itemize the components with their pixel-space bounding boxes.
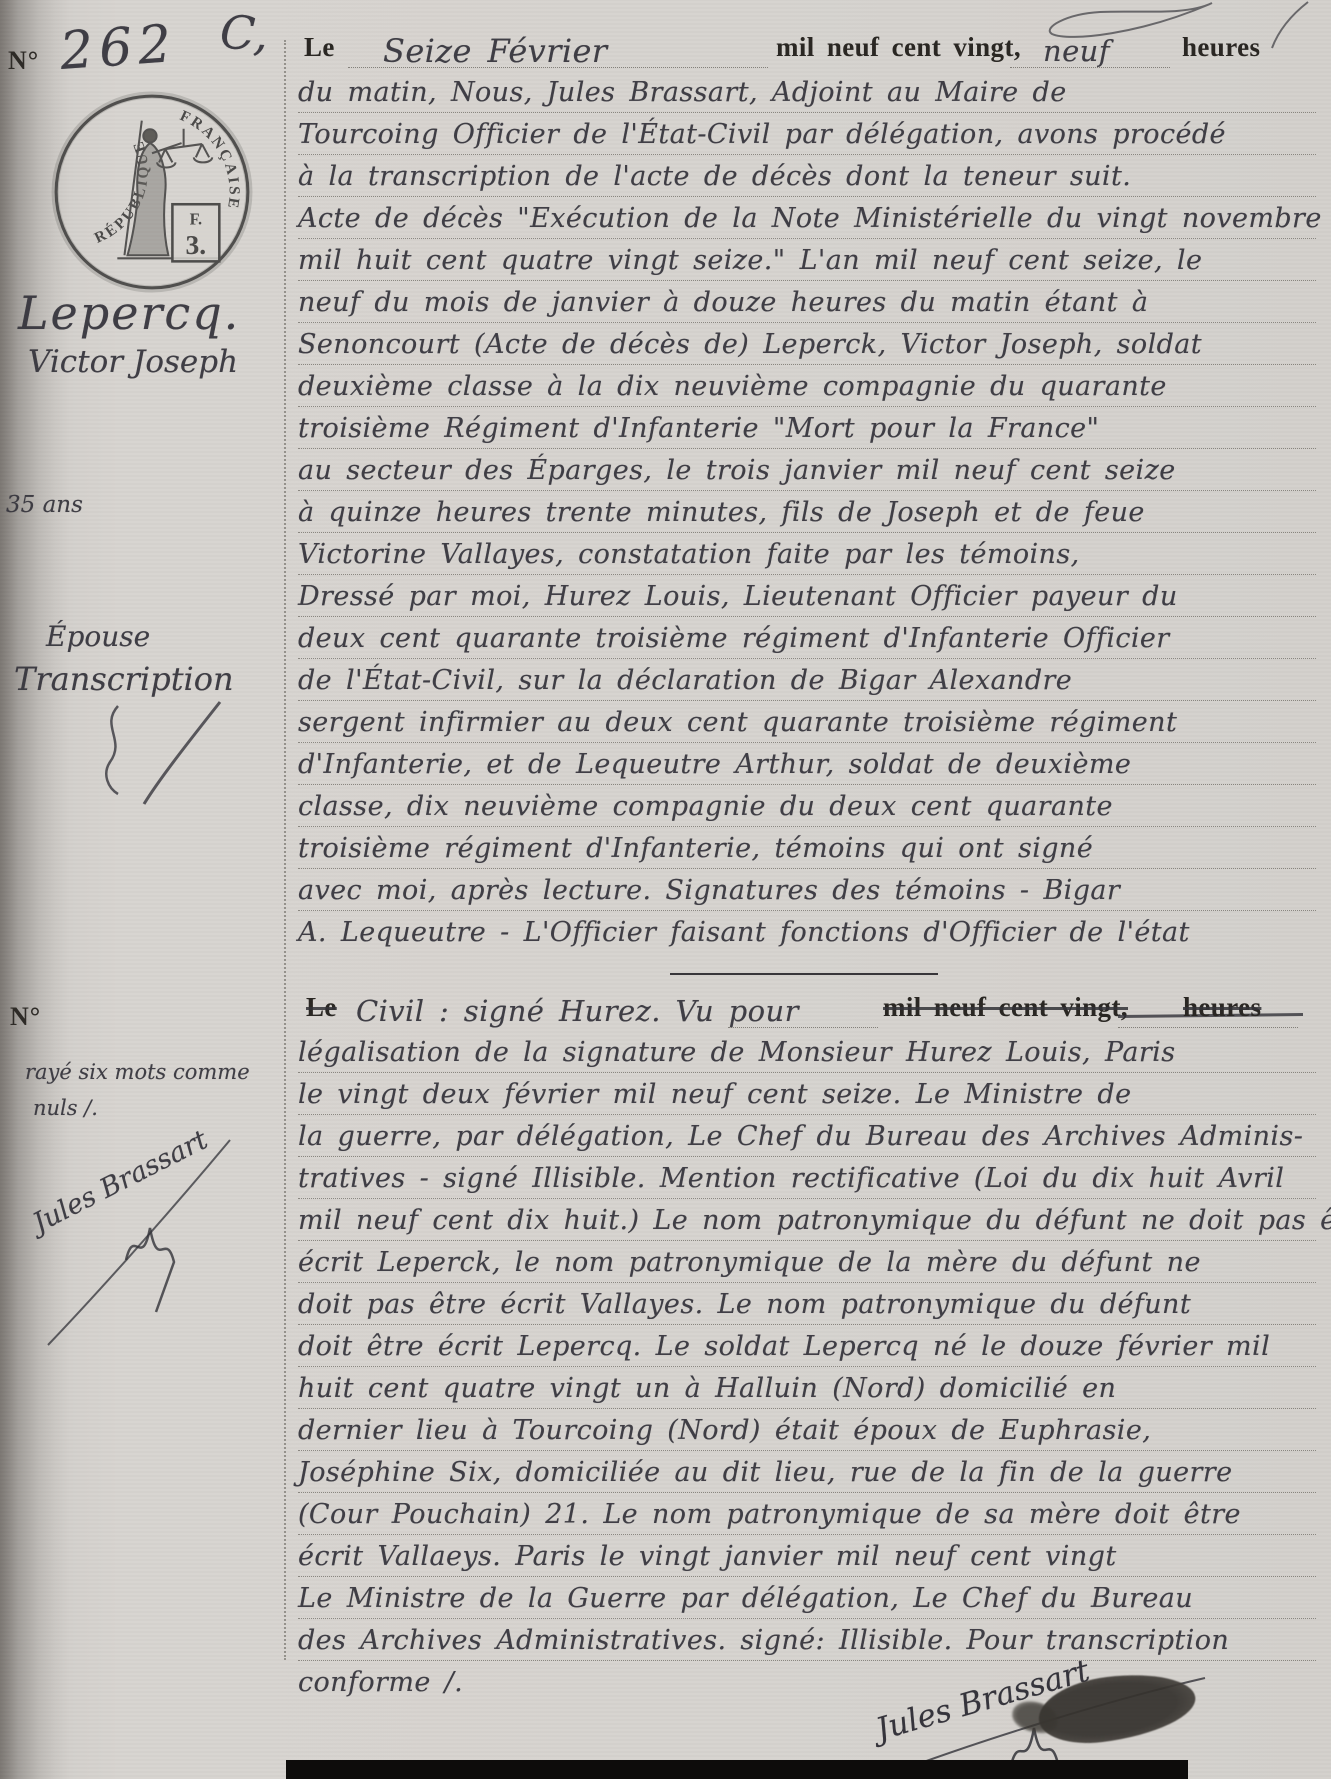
transcription-line: Le Ministre de la Guerre par délégation,… <box>298 1577 1316 1619</box>
transcription-line: Tourcoing Officier de l'État-Civil par d… <box>298 113 1316 155</box>
section-separator <box>670 973 938 975</box>
transcription-line: à la transcription de l'acte de décès do… <box>298 155 1316 197</box>
lower-number-label: N° <box>10 1002 41 1032</box>
transcription-line: des Archives Administratives. signé: Ill… <box>298 1619 1316 1661</box>
transcription-line: Senoncourt (Acte de décès de) Leperck, V… <box>298 323 1316 365</box>
transcription-line: d'Infanterie, et de Lequeutre Arthur, so… <box>298 743 1316 785</box>
strikeout-note: rayé six mots comme <box>25 1060 250 1085</box>
stamp-denomination-value: 3. <box>186 229 207 260</box>
transcription-line: légalisation de la signature de Monsieur… <box>298 1031 1316 1073</box>
transcription-line: classe, dix neuvième compagnie du deux c… <box>298 785 1316 827</box>
transcription-line: (Cour Pouchain) 21. Le nom patronymique … <box>298 1493 1316 1535</box>
transcription-line: mil huit cent quatre vingt seize." L'an … <box>298 239 1316 281</box>
certification-line: Le Civil : signé Hurez. Vu pour mil neuf… <box>298 990 1316 1031</box>
printed-le-struck: Le <box>306 985 337 1029</box>
transcription-line: A. Lequeutre - L'Officier faisant foncti… <box>298 911 1316 952</box>
margin-transcription-label: Transcription <box>14 660 234 698</box>
transcription-line: Victorine Vallayes, constatation faite p… <box>298 533 1316 575</box>
margin-age: 35 ans <box>6 492 83 518</box>
printed-heures-struck: heures <box>1183 985 1261 1029</box>
transcription-line: la guerre, par délégation, Le Chef du Bu… <box>298 1115 1316 1157</box>
stamp-denomination-letter: F. <box>190 210 203 229</box>
transcription-flourish <box>60 700 240 810</box>
stamp-denomination: F. 3. <box>172 204 219 261</box>
transcription-line: écrit Leperck, le nom patronymique de la… <box>298 1241 1316 1283</box>
transcription-body: Le Seize Février mil neuf cent vingt, ne… <box>298 30 1316 1702</box>
strikeout-note-2: nuls /. <box>33 1096 98 1121</box>
transcription-line: deux cent quarante troisième régiment d'… <box>298 617 1316 659</box>
transcription-line: doit être écrit Lepercq. Le soldat Leper… <box>298 1325 1316 1367</box>
scan-artifact-bar <box>286 1760 1188 1779</box>
transcription-line: huit cent quatre vingt un à Halluin (Nor… <box>298 1367 1316 1409</box>
corner-mark: C, <box>219 5 270 61</box>
transcription-line: avec moi, après lecture. Signatures des … <box>298 869 1316 911</box>
margin-surname: Lepercq. <box>18 286 240 340</box>
handwritten-hour: neuf <box>1043 29 1110 73</box>
transcription-line: le vingt deux février mil neuf cent seiz… <box>298 1073 1316 1115</box>
transcription-line: Dressé par moi, Hurez Louis, Lieutenant … <box>298 575 1316 617</box>
printed-heures: heures <box>1182 25 1260 69</box>
transcription-line: au secteur des Éparges, le trois janvier… <box>298 449 1316 491</box>
transcription-line: troisième Régiment d'Infanterie "Mort po… <box>298 407 1316 449</box>
printed-le: Le <box>304 25 335 69</box>
margin-spouse-label: Épouse <box>46 620 150 653</box>
transcription-line: écrit Vallaeys. Paris le vingt janvier m… <box>298 1535 1316 1577</box>
act-number-label: N° <box>8 46 39 76</box>
transcription-line: neuf du mois de janvier à douze heures d… <box>298 281 1316 323</box>
transcription-line: dernier lieu à Tourcoing (Nord) était ép… <box>298 1409 1316 1451</box>
transcription-line: à quinze heures trente minutes, fils de … <box>298 491 1316 533</box>
act-number: 262 <box>58 14 179 82</box>
margin-divider-rule <box>284 40 286 1660</box>
scanned-death-certificate-page: N° 262 C, RÉPUBLIQUE FRANÇAISE F. 3. Lep… <box>0 0 1331 1779</box>
transcription-line: Acte de décès "Exécution de la Note Mini… <box>298 197 1316 239</box>
printed-year-struck: mil neuf cent vingt, <box>883 985 1128 1029</box>
printed-year: mil neuf cent vingt, <box>776 25 1021 69</box>
revenue-stamp: RÉPUBLIQUE FRANÇAISE F. 3. <box>50 90 254 294</box>
transcription-line: deuxième classe à la dix neuvième compag… <box>298 365 1316 407</box>
transcription-line: tratives - signé Illisible. Mention rect… <box>298 1157 1316 1199</box>
transcription-line: du matin, Nous, Jules Brassart, Adjoint … <box>298 71 1316 113</box>
transcription-line: Joséphine Six, domiciliée au dit lieu, r… <box>298 1451 1316 1493</box>
transcription-line: mil neuf cent dix huit.) Le nom patronym… <box>298 1199 1316 1241</box>
transcription-line: sergent infirmier au deux cent quarante … <box>298 701 1316 743</box>
transcription-line: troisième régiment d'Infanterie, témoins… <box>298 827 1316 869</box>
margin-given-names: Victor Joseph <box>28 344 238 380</box>
handwritten-date: Seize Février <box>383 29 608 73</box>
transcription-line: doit pas être écrit Vallayes. Le nom pat… <box>298 1283 1316 1325</box>
opening-line: Le Seize Février mil neuf cent vingt, ne… <box>298 30 1316 71</box>
transcription-line: de l'État-Civil, sur la déclaration de B… <box>298 659 1316 701</box>
